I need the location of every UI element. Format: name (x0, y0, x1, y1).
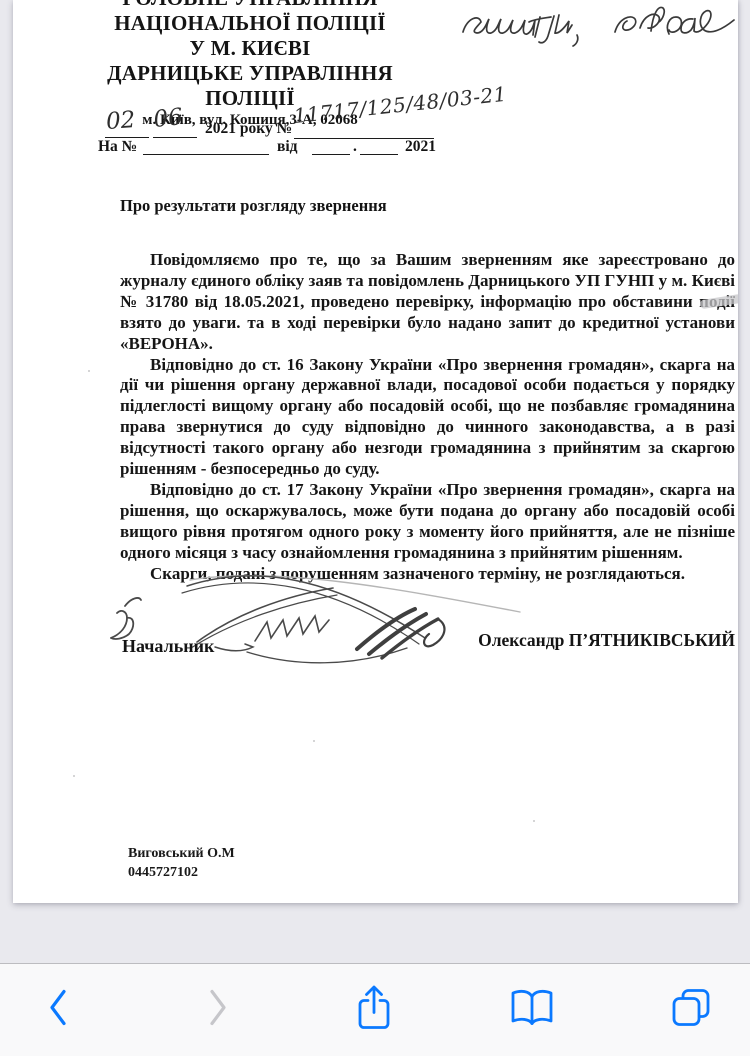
handwritten-month: 06 (152, 104, 184, 133)
signer-title: Начальник (122, 636, 214, 657)
forward-icon (206, 987, 230, 1034)
bookmarks-icon[interactable] (508, 988, 556, 1033)
scan-speckle (88, 370, 90, 372)
letter-body: Повідомляємо про те, що за Вашим звернен… (120, 250, 735, 585)
executor-name: Виговський О.М (128, 844, 235, 863)
reply-row-dot: . (353, 138, 357, 156)
handwritten-day: 02 (105, 107, 136, 135)
reply-row-year: 2021 (405, 138, 436, 156)
browser-toolbar (0, 963, 750, 1056)
reply-row-vid: від (277, 138, 298, 156)
reply-number-blank (143, 154, 269, 155)
back-icon[interactable] (46, 987, 70, 1034)
paragraph-2: Відповідно до ст. 16 Закону України «Про… (120, 355, 735, 480)
signer-name: Олександр П’ЯТНИКІВСЬКИЙ (478, 630, 735, 651)
tabs-icon[interactable] (669, 987, 713, 1034)
letterhead-line-2: НАЦІОНАЛЬНОЇ ПОЛІЦІЇ (85, 11, 415, 36)
reply-date-blank-2 (360, 154, 398, 155)
date-month-blank (153, 137, 197, 138)
scan-speckle (153, 15, 155, 17)
letterhead-line-4: ДАРНИЦЬКЕ УПРАВЛІННЯ (85, 61, 415, 86)
scanned-document-page: ГОЛОВНЕ УПРАВЛІННЯ НАЦІОНАЛЬНОЇ ПОЛІЦІЇ … (13, 0, 738, 903)
handwritten-note (455, 2, 738, 50)
executor-phone: 0445727102 (128, 863, 235, 882)
reply-row-na: На № (98, 138, 137, 156)
letterhead-line-3: У М. КИЄВІ (85, 36, 415, 61)
scan-speckle (313, 740, 315, 742)
letterhead-line-1: ГОЛОВНЕ УПРАВЛІННЯ (85, 0, 415, 11)
reply-date-blank-1 (312, 154, 350, 155)
scan-speckle (73, 775, 75, 777)
executor-block: Виговський О.М 0445727102 (128, 844, 235, 882)
paragraph-1: Повідомляємо про те, що за Вашим звернен… (120, 250, 735, 355)
subject-line: Про результати розгляду звернення (120, 196, 387, 216)
safari-mobile-screen: { "letterhead": { "lines": [ "ГОЛОВНЕ УП… (0, 0, 750, 1056)
ref-row-printed: 2021 року № (205, 120, 292, 138)
share-icon[interactable] (355, 984, 393, 1037)
signature-handwriting (95, 548, 525, 680)
scan-speckle (533, 820, 535, 822)
